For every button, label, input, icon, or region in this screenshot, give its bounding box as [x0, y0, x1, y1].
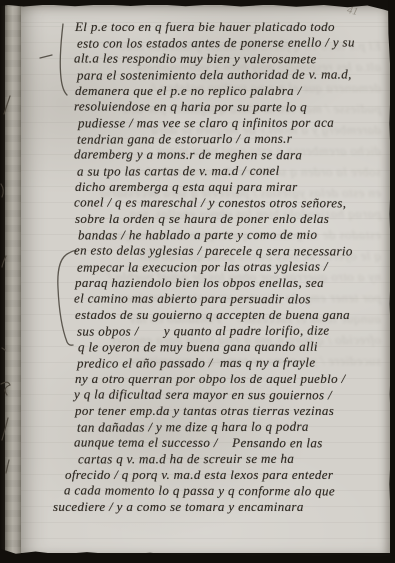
text-line: El p.e toco en q fuera bie hauer platica…	[75, 19, 389, 35]
text-line: y q la dificultad sera mayor en sus goui…	[74, 386, 388, 403]
text-line: conel / q es mareschal / y conestos otro…	[74, 194, 388, 211]
gutter-stroke-mark	[6, 460, 9, 473]
text-line: sobre la orden q se haura de poner enlo …	[75, 211, 389, 227]
gutter-slash-mark	[4, 96, 10, 114]
gutter-dot-mark	[2, 348, 5, 350]
text-line: cartas q v. ma.d ha de screuir se me ha	[78, 451, 392, 468]
text-line: resoluiendose en q haria por su parte lo…	[74, 98, 388, 115]
text-line: esto con los estados antes de ponerse en…	[77, 34, 391, 51]
text-line: sucediere / y a como se tomara y encamin…	[53, 499, 389, 515]
text-line: el camino mas abierto para persuadir alo…	[74, 290, 388, 307]
manuscript-page: El p.e toco en q fuera bie hauer platica…	[21, 5, 390, 553]
text-line: ny a otro querran por obpo los de aquel …	[75, 371, 389, 387]
text-line: predico el año passado / mas q ny a fray…	[77, 354, 391, 371]
text-line: bandas / he hablado a parte y como de mi…	[78, 227, 392, 244]
gutter-ink-marks	[0, 0, 21, 563]
gutter-tick-mark	[2, 256, 6, 267]
text-line: a su tpo las cartas de v. ma.d / conel	[77, 162, 391, 179]
text-line: dicho aremberga q esta aqui para mirar	[75, 179, 389, 195]
manuscript-text-block: El p.e toco en q fuera bie hauer platica…	[75, 19, 389, 515]
text-line: empecar la execucion por las otras ygles…	[77, 258, 391, 275]
text-line: por tener emp.da y tantas otras tierras …	[75, 403, 389, 419]
text-line: estados de su gouierno q accepten de bue…	[75, 307, 389, 323]
text-line: alt.a les respondio muy bien y valerosam…	[74, 50, 388, 67]
gutter-slash-mark-2	[2, 418, 8, 440]
text-line: ofrecido / q porq v. ma.d esta lexos par…	[65, 467, 389, 483]
text-line: pudiesse / mas vee se claro q infinitos …	[78, 115, 392, 132]
text-line: paraq haziendolo bien los obpos enellas,…	[75, 275, 389, 291]
gutter-curve-mark	[1, 184, 3, 197]
margin-vertical-stroke	[60, 24, 67, 95]
text-line: en esto delas yglesias / parecele q sera…	[74, 242, 388, 259]
text-line: q le oyeron de muy buena gana quando all…	[78, 339, 392, 356]
text-line: a cada momento lo q passa y q conforme a…	[64, 482, 388, 499]
text-line: sus obpos / y quanto al padre lorifio, d…	[77, 322, 391, 339]
margin-dash-mark	[40, 55, 52, 58]
text-line: demanera que el p.e no replico palabra /	[75, 83, 389, 99]
text-line: tan dañadas / y me dize q hara lo q podr…	[77, 418, 391, 435]
text-line: tendrian gana de estoruarlo / a mons.r	[77, 130, 391, 147]
manuscript-scan: El p.e toco en q fuera bie hauer platica…	[0, 0, 395, 563]
text-line: daremberg y a mons.r de meghen se dara	[74, 146, 388, 163]
text-line: aunque tema el successo / Pensando en la…	[74, 434, 388, 451]
gutter-z-mark	[1, 382, 10, 395]
text-line: para el sostenimiento dela authoridad de…	[77, 66, 391, 83]
